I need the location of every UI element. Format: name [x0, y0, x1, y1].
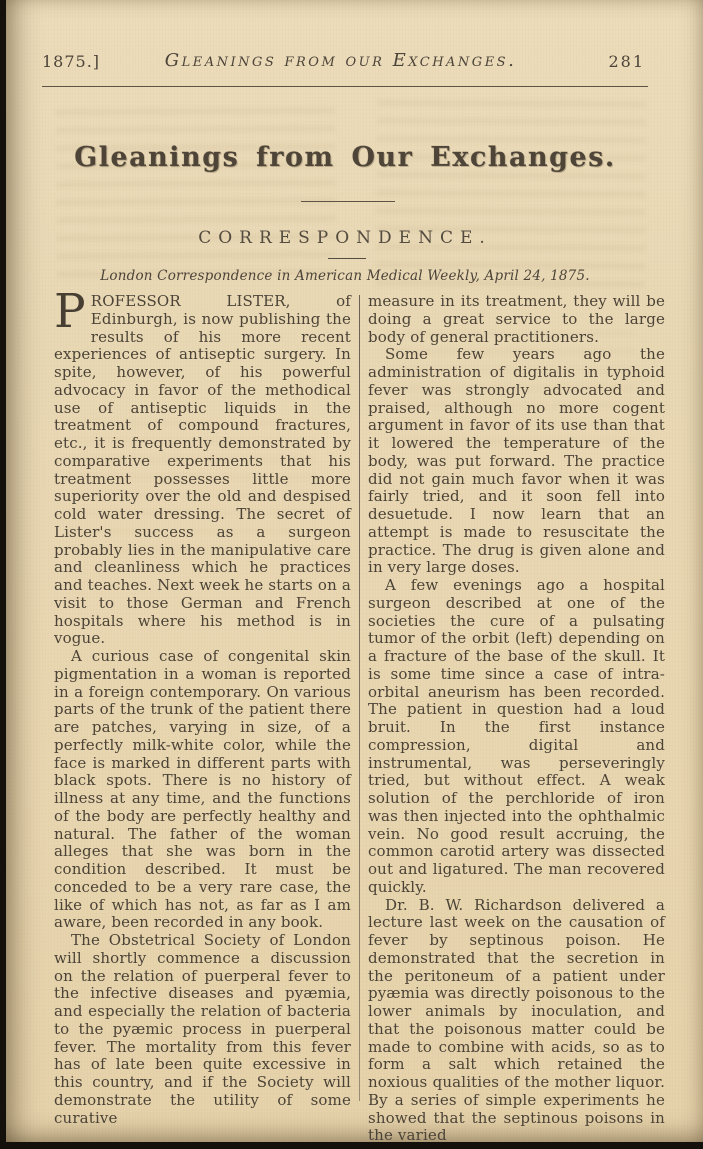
paragraph: A curious case of congenital skin pigmen… — [54, 648, 351, 932]
paragraph: Some few years ago the administration of… — [368, 346, 665, 577]
page: 1875.] Gleanings from our Exchanges. 281… — [6, 0, 703, 1142]
bleed-through-texture — [376, 99, 647, 290]
paragraph-text: ROFESSOR LISTER, of Edinburgh, is now pu… — [54, 292, 351, 647]
scan-background: 1875.] Gleanings from our Exchanges. 281… — [0, 0, 703, 1149]
byline: London Correspondence in American Medica… — [42, 268, 648, 284]
paragraph: The Obstetrical Society of London will s… — [54, 932, 351, 1127]
drop-cap: P — [54, 293, 91, 329]
paragraph: measure in its treatment, they will be d… — [368, 293, 665, 346]
paragraph: Dr. B. W. Richardson delivered a lecture… — [368, 897, 665, 1143]
section-heading: CORRESPONDENCE. — [42, 228, 648, 248]
bleed-through-texture — [55, 107, 336, 289]
text-columns: PROFESSOR LISTER, of Edinburgh, is now p… — [54, 293, 665, 1142]
journal-title: Gleanings from Our Exchanges. — [42, 142, 648, 173]
header-rule — [42, 86, 648, 87]
header-running-title: Gleanings from our Exchanges. — [36, 50, 645, 71]
column-left: PROFESSOR LISTER, of Edinburgh, is now p… — [54, 293, 351, 1142]
paragraph: PROFESSOR LISTER, of Edinburgh, is now p… — [54, 293, 351, 648]
page-header: 1875.] Gleanings from our Exchanges. 281 — [36, 50, 645, 72]
paragraph: A few evenings ago a hospital surgeon de… — [368, 577, 665, 897]
title-rule — [301, 201, 395, 202]
header-page-number: 281 — [608, 52, 645, 71]
section-rule — [328, 258, 366, 259]
column-divider — [359, 295, 360, 1101]
column-right: measure in its treatment, they will be d… — [368, 293, 665, 1142]
